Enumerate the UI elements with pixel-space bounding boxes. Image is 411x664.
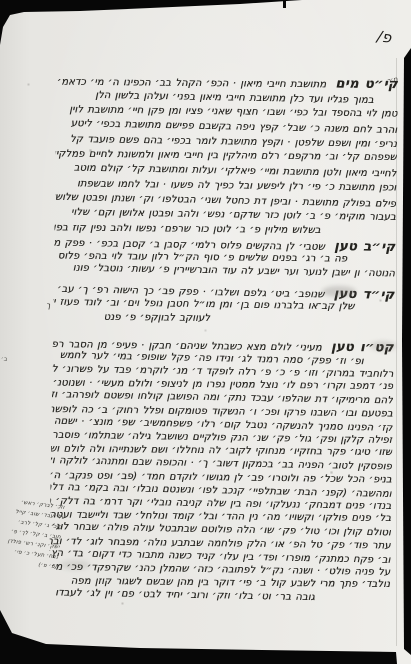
margin-note-block: וזכ׳ לברק׳ ראש׳ול׳ עבד׳ שוב׳ קיילבזכ׳ ג׳… (0, 496, 65, 573)
folio-mark: /פ (376, 27, 392, 46)
folio-mark-text: /פ (376, 27, 392, 46)
scan-edge-tick (283, 0, 286, 8)
manuscript-line: לעווקב לבוןקפ׳ פ׳ פנט (53, 310, 330, 326)
manuscript-text-block: קי״ט מים מתושבת חייבי מיאון · הכפ׳ הקהל … (49, 74, 398, 606)
section-heading: קי״ט מים (330, 76, 398, 92)
ink-smudge (370, 341, 396, 351)
margin-mark-left-1: ך (46, 301, 50, 310)
section-heading: קי״ב טען (329, 239, 395, 254)
ink-smudge (322, 286, 356, 297)
paragraph: קט״ו טען מעיני׳ לולם מצא כשבתל שניהם׳ חב… (49, 336, 394, 605)
ink-smudge (60, 560, 90, 570)
paragraph: קי״ט מים מתושבת חייבי מיאון · הכפ׳ הקהל … (55, 74, 398, 241)
paragraph: קי״ב טען שטבי׳ לן בהקשים פלוס רלמי׳ קסבן… (54, 235, 396, 280)
margin-mark-left-2: ב׳ (1, 356, 7, 363)
manuscript-scan: /פ ת׳ר ך ב׳ קי״ט מים מתושבת חייבי מיאון … (0, 0, 411, 664)
